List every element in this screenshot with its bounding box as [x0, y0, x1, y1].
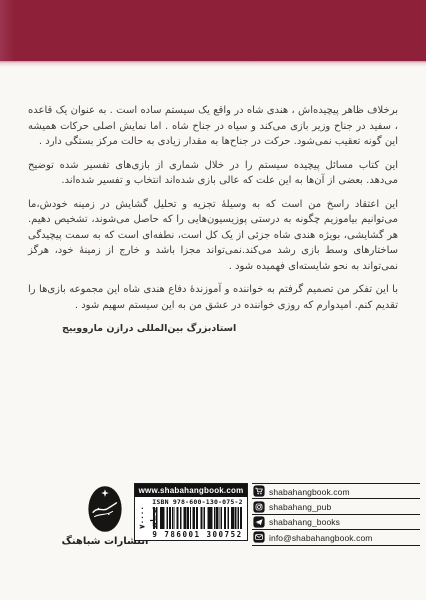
blurb-paragraph-2: این کتاب مسائل پیچیده سیستم را در خلال ش…	[28, 158, 398, 189]
social-row-instagram: shabahang_pub	[252, 499, 420, 514]
social-row-email: info@shabahangbook.com	[252, 530, 420, 545]
price-label: ۷۰۰۰۰ تومان	[137, 498, 148, 538]
shabahang-logo-icon	[86, 484, 124, 534]
barcode-bars	[153, 507, 242, 529]
social-label-instagram: shabahang_pub	[269, 501, 331, 512]
blurb-paragraph-1: برخلاف ظاهر پیچیده‌اش ، هندی شاه در واقع…	[28, 103, 398, 150]
barcode-block: www.shabahangbook.com ۷۰۰۰۰ تومان ISBN 9…	[134, 483, 248, 541]
blurb-paragraph-3: این اعتقاد راسخ من است که به وسیلهٔ تجزی…	[28, 197, 398, 275]
social-row-telegram: shabahang_books	[252, 515, 420, 530]
instagram-icon	[253, 501, 265, 513]
barcode-main: ISBN 978-600-130-075-2 9 786001 300752	[148, 497, 247, 539]
social-label-webstore: shabahangbook.com	[269, 486, 350, 497]
social-label-telegram: shabahang_books	[269, 516, 340, 527]
book-back-cover: برخلاف ظاهر پیچیده‌اش ، هندی شاه در واقع…	[0, 0, 426, 600]
social-links-block: shabahangbook.com shabahang_pub shabahan…	[252, 483, 420, 546]
isbn-text: ISBN 978-600-130-075-2	[151, 498, 244, 506]
blurb-text-block: برخلاف ظاهر پیچیده‌اش ، هندی شاه در واقع…	[28, 67, 398, 337]
top-band	[0, 0, 426, 61]
email-icon	[253, 531, 265, 543]
barcode-body: ۷۰۰۰۰ تومان ISBN 978-600-130-075-2 9 786…	[135, 497, 247, 540]
blurb-paragraph-4: با این تفکر من تصمیم گرفتم به خواننده و …	[28, 282, 398, 313]
barcode-digits: 9 786001 300752	[151, 530, 244, 539]
author-signature: استادبزرگ بین‌المللی درازن مارووییج	[28, 321, 398, 337]
social-row-webstore: shabahangbook.com	[252, 484, 420, 499]
barcode-website: www.shabahangbook.com	[135, 484, 247, 497]
telegram-icon	[253, 516, 265, 528]
social-label-email: info@shabahangbook.com	[269, 532, 372, 543]
cart-icon	[253, 485, 265, 497]
